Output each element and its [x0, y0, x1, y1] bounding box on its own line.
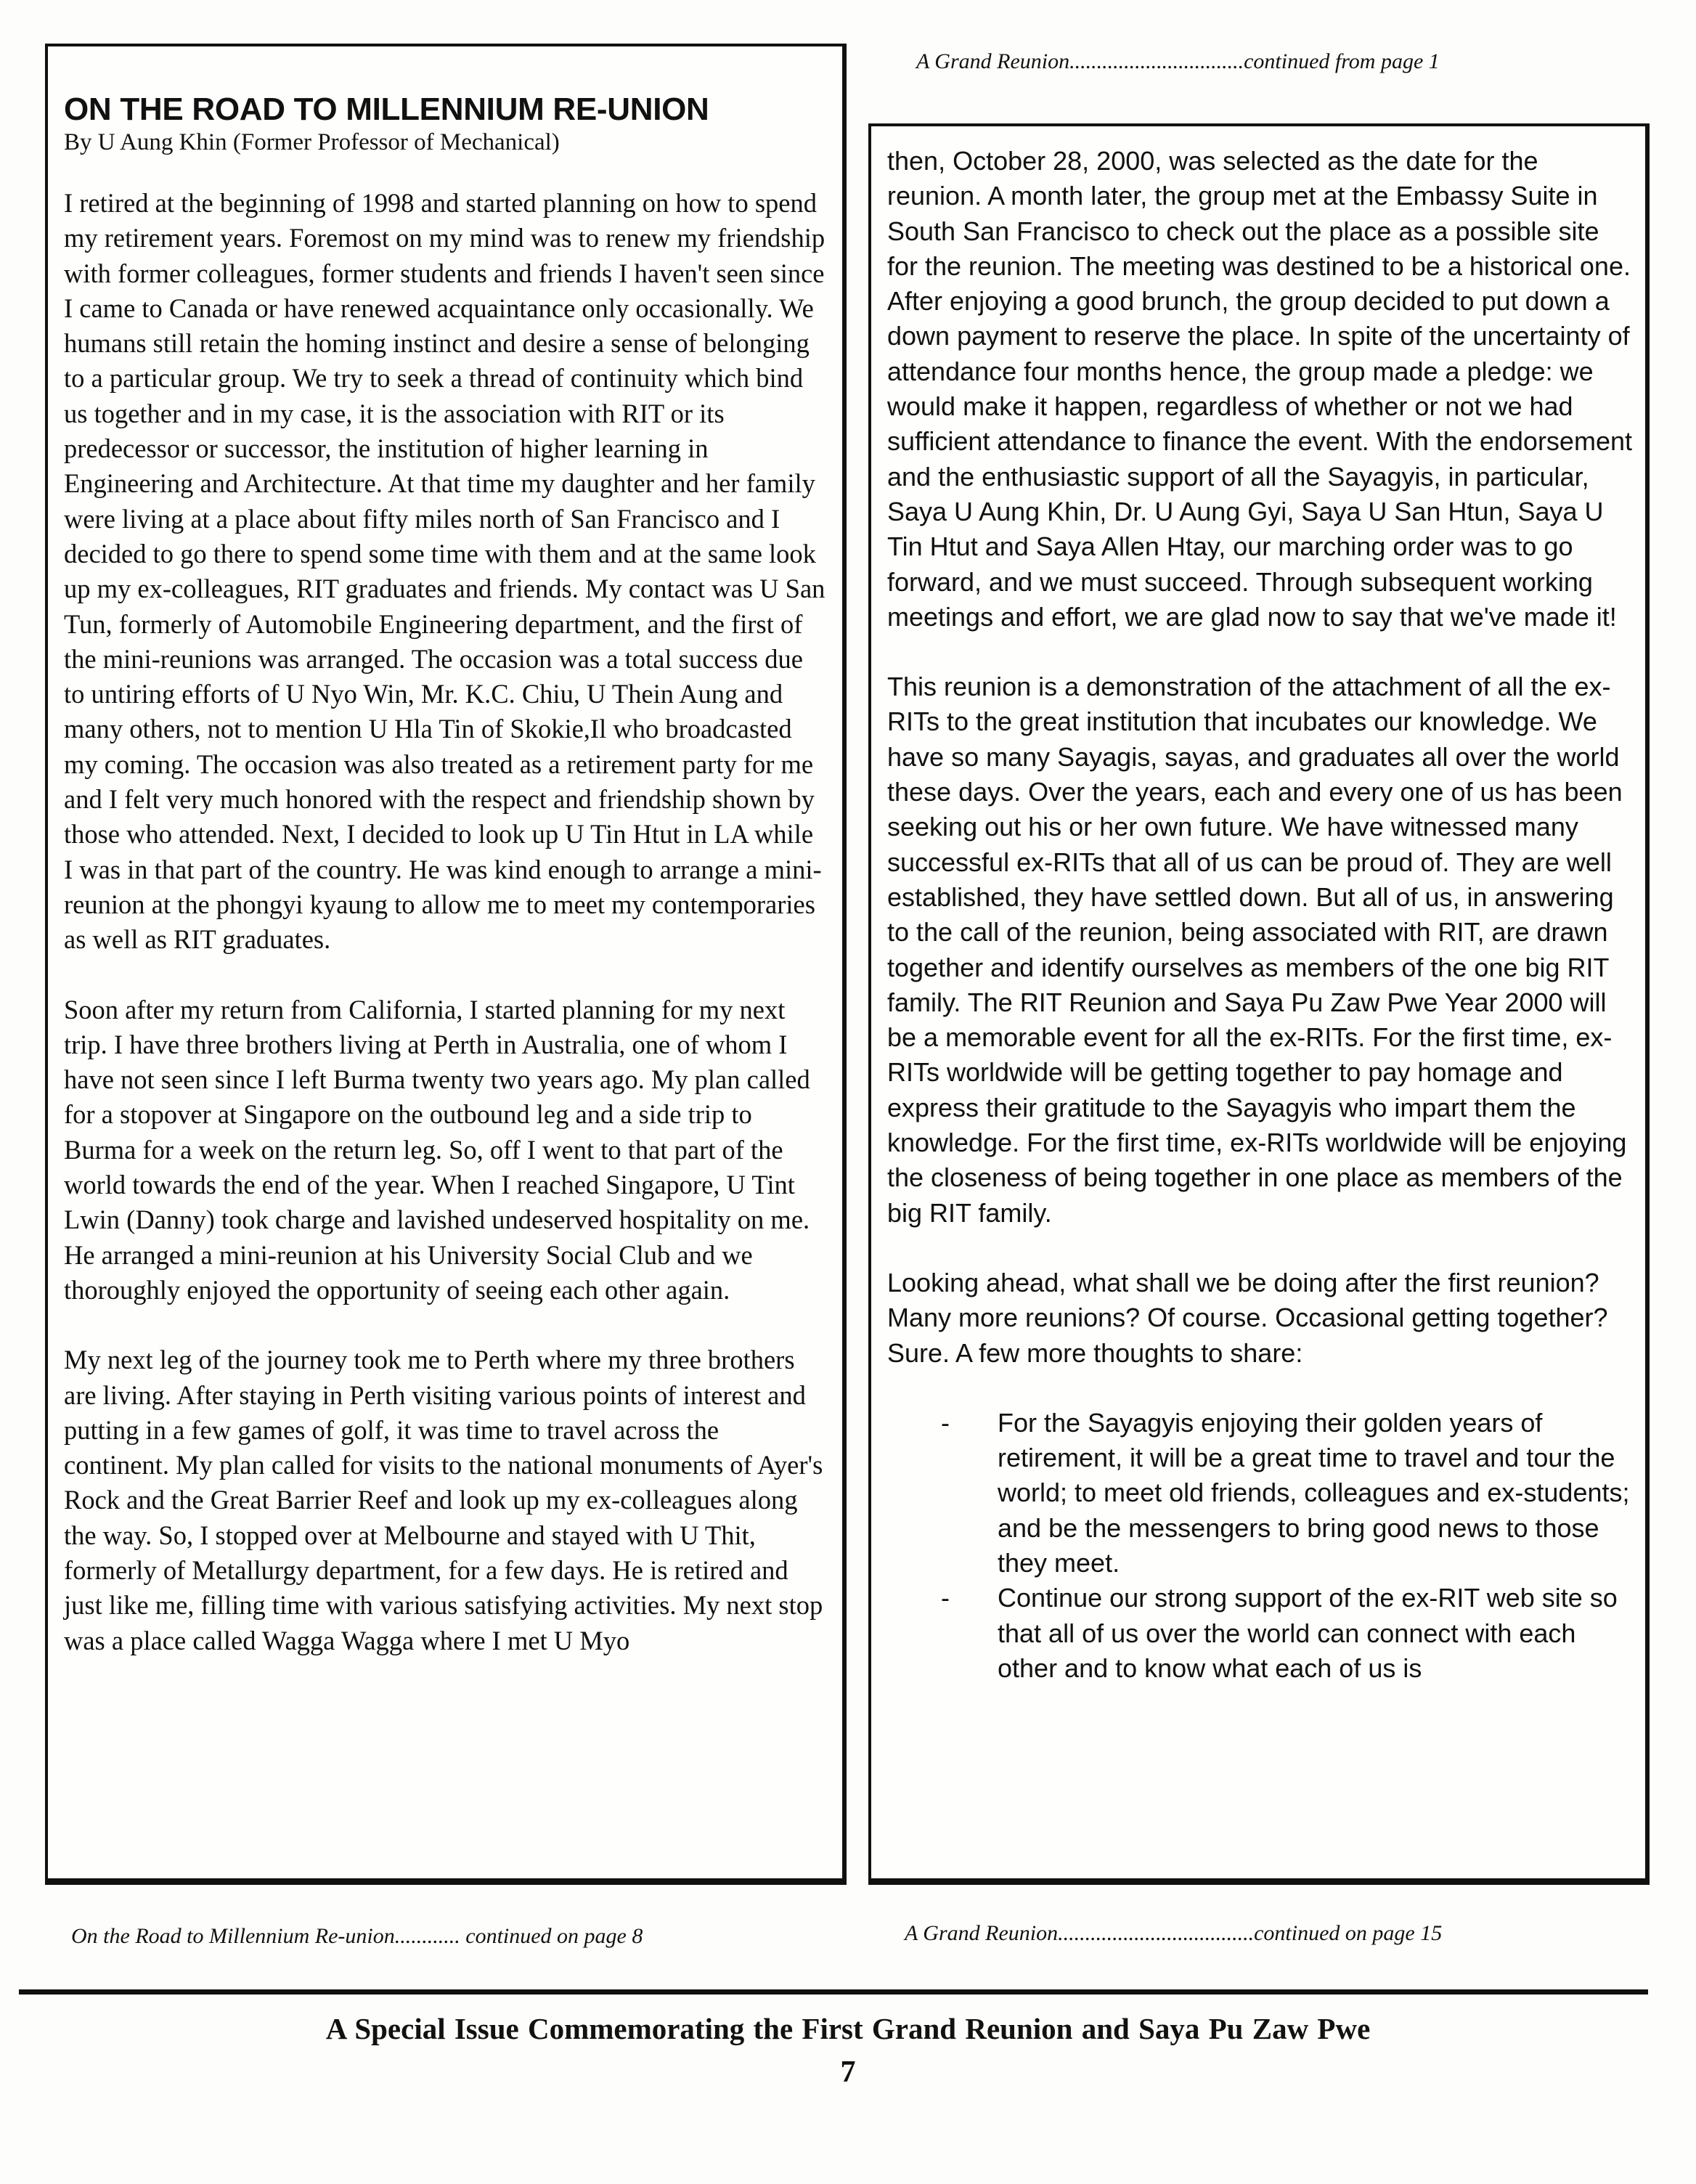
left-article-box: ON THE ROAD TO MILLENNIUM RE-UNION By U … [45, 44, 847, 1885]
right-continued-on-note: A Grand Reunion.........................… [905, 1921, 1442, 1946]
paragraph: then, October 28, 2000, was selected as … [887, 144, 1632, 635]
footer-divider [19, 1989, 1648, 1994]
paragraph: This reunion is a demonstration of the a… [887, 669, 1632, 1231]
article-byline: By U Aung Khin (Former Professor of Mech… [64, 128, 826, 157]
thoughts-list: -For the Sayagyis enjoying their golden … [887, 1406, 1632, 1686]
article-headline: ON THE ROAD TO MILLENNIUM RE-UNION [64, 91, 826, 128]
left-continued-on-note: On the Road to Millennium Re-union......… [71, 1924, 643, 1949]
continued-from-note: A Grand Reunion.........................… [916, 49, 1440, 74]
paragraph: My next leg of the journey took me to Pe… [64, 1342, 826, 1658]
issue-title: A Special Issue Commemorating the First … [0, 2011, 1696, 2046]
page-number: 7 [0, 2055, 1696, 2090]
dash-bullet-icon: - [941, 1406, 950, 1441]
paragraph: Looking ahead, what shall we be doing af… [887, 1266, 1632, 1371]
list-item: -Continue our strong support of the ex-R… [887, 1581, 1632, 1686]
dash-bullet-icon: - [941, 1581, 950, 1615]
paragraph: I retired at the beginning of 1998 and s… [64, 186, 826, 958]
list-item-text: For the Sayagyis enjoying their golden y… [998, 1408, 1630, 1578]
right-article-box: then, October 28, 2000, was selected as … [868, 123, 1650, 1885]
list-item: -For the Sayagyis enjoying their golden … [887, 1406, 1632, 1581]
right-article-body: then, October 28, 2000, was selected as … [887, 144, 1632, 1686]
list-item-text: Continue our strong support of the ex-RI… [998, 1583, 1618, 1683]
left-article-body: I retired at the beginning of 1998 and s… [64, 186, 826, 1658]
paragraph: Soon after my return from California, I … [64, 993, 826, 1308]
